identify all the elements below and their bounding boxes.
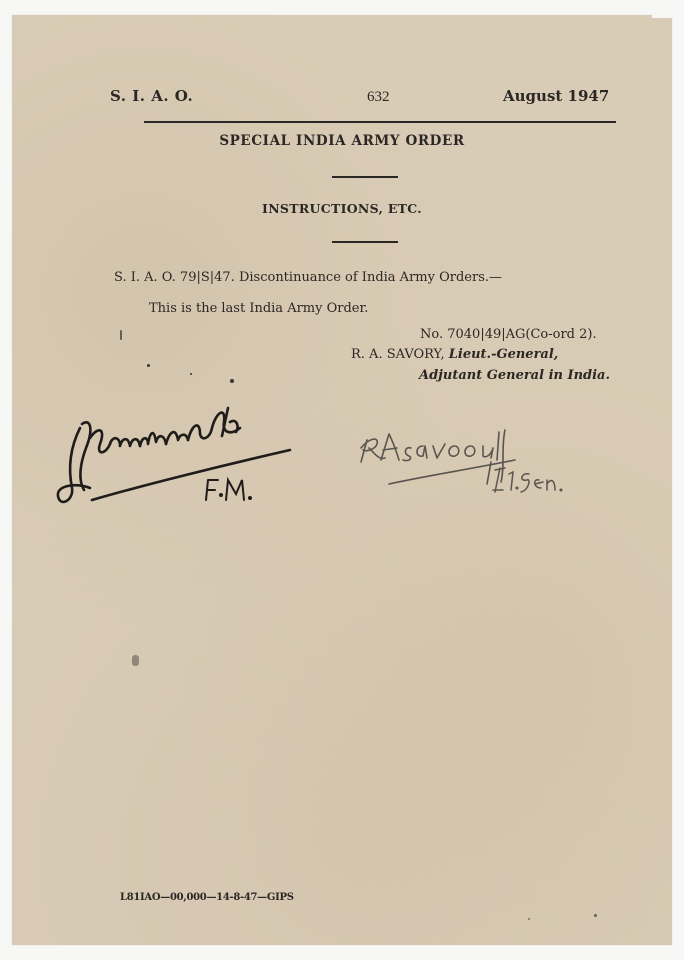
paper-speck [190,373,192,375]
signature-auchinleck [50,398,300,518]
signatory-line: R. A. SAVORY, Lieut.-General, [351,347,558,362]
paper-speck [147,364,150,367]
title-divider-top [332,176,398,178]
signatory-role-line: Adjutant General in India. [419,368,610,383]
paper-mark [120,330,122,340]
document-subtitle: INSTRUCTIONS, ETC. [0,201,684,216]
order-heading-line: S. I. A. O. 79|S|47. Discontinuance of I… [114,270,502,285]
signature-savory [355,418,575,498]
signatory-name: R. A. SAVORY, [351,347,445,362]
document-title: SPECIAL INDIA ARMY ORDER [0,133,684,149]
order-heading: Discontinuance of India Army Orders.— [239,270,502,285]
header-rule [144,121,616,123]
order-body: This is the last India Army Order. [149,301,368,316]
signatory-rank: Lieut.-General, [449,347,559,362]
series-label: S. I. A. O. [110,87,193,105]
paper-smudge [132,655,139,666]
print-code: L81IAO—00,000—14-8-47—GIPS [120,892,294,903]
title-divider-bottom [332,241,398,243]
paper-speck [528,918,530,920]
order-number: 632 [367,89,390,106]
paper-edge-notch [652,12,674,18]
issue-date: August 1947 [503,87,609,105]
paper-speck [594,914,597,917]
order-reference: S. I. A. O. 79|S|47. [114,270,235,285]
paper-speck [230,379,234,383]
signatory-role: Adjutant General in India. [419,368,610,383]
file-number: No. 7040|49|AG(Co-ord 2). [420,327,597,342]
